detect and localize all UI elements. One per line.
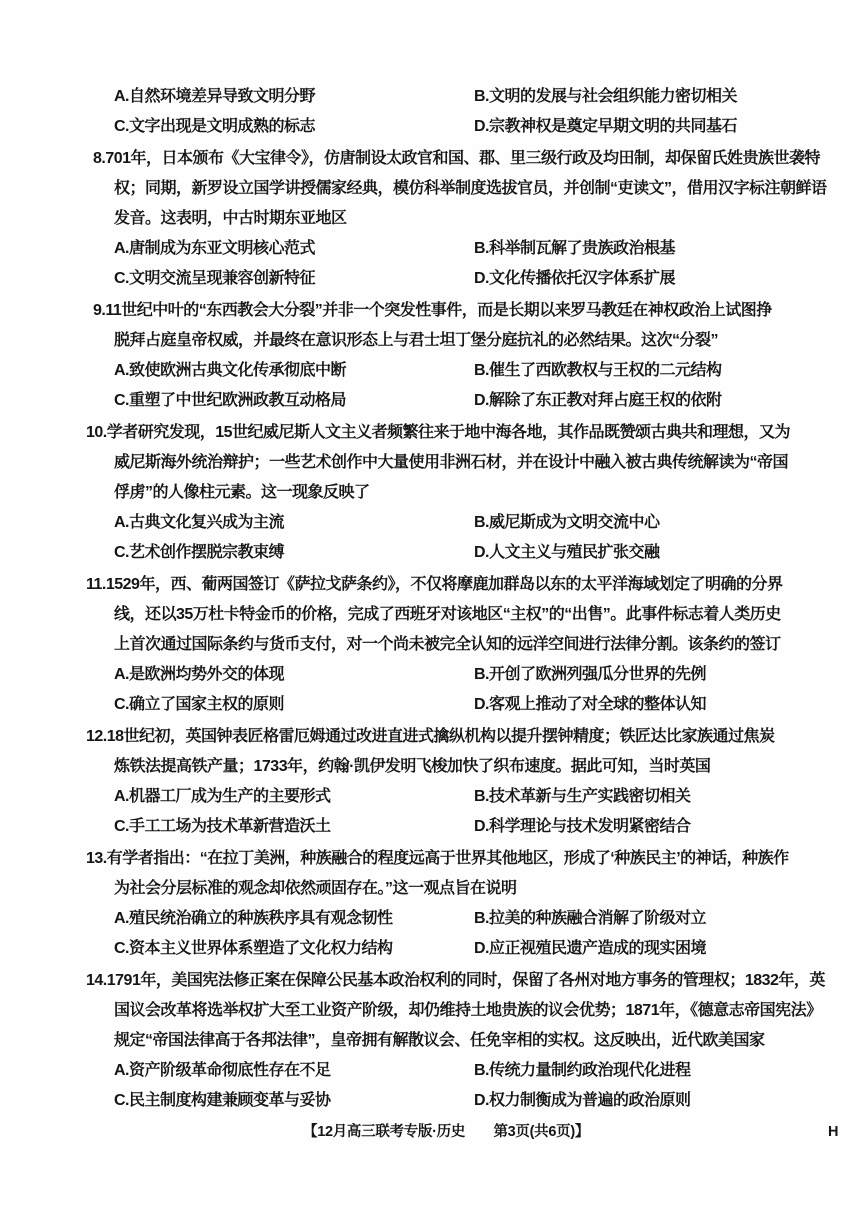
options-row: A.机器工厂成为生产的主要形式 B.技术革新与生产实践密切相关 [86,782,868,812]
stem-line: 炼铁法提高铁产量；1733年，约翰·凯伊发明飞梭加快了织布速度。据此可知，当时英… [86,752,868,782]
stem-line: 线，还以35万杜卡特金币的价格，完成了西班牙对该地区“主权”的“出售”。此事件标… [86,600,868,630]
option-a: A.自然环境差异导致文明分野 [114,82,470,112]
option-b: B.催生了西欧教权与王权的二元结构 [474,356,722,386]
stem-line: 权；同期，新罗设立国学讲授儒家经典，模仿科举制度选拔官员，并创制“吏读文”，借用… [86,174,868,204]
question-12: 12.18世纪初，英国钟表匠格雷厄姆通过改进直进式擒纵机构以提升摆钟精度；铁匠达… [86,722,868,842]
option-c: C.资本主义世界体系塑造了文化权力结构 [114,934,470,964]
option-c: C.重塑了中世纪欧洲政教互动格局 [114,386,470,416]
options-row: A.致使欧洲古典文化传承彻底中断 B.催生了西欧教权与王权的二元结构 [86,356,868,386]
option-a: A.机器工厂成为生产的主要形式 [114,782,470,812]
exam-content: A.自然环境差异导致文明分野 B.文明的发展与社会组织能力密切相关 C.文字出现… [0,0,868,1116]
stem-line: 俘虏”的人像柱元素。这一现象反映了 [86,478,868,508]
question-14: 14.1791年，美国宪法修正案在保障公民基本政治权利的同时，保留了各州对地方事… [86,966,868,1116]
options-row: A.资产阶级革命彻底性存在不足 B.传统力量制约政治现代化进程 [86,1056,868,1086]
option-b: B.科举制瓦解了贵族政治根基 [474,234,675,264]
option-d: D.客观上推动了对全球的整体认知 [474,690,706,720]
stem-line: 10.学者研究发现，15世纪威尼斯人文主义者频繁往来于地中海各地，其作品既赞颂古… [86,418,868,448]
option-a: A.古典文化复兴成为主流 [114,508,470,538]
option-d: D.人文主义与殖民扩张交融 [474,538,660,568]
stem-line: 13.有学者指出：“在拉丁美洲，种族融合的程度远高于世界其他地区，形成了‘种族民… [86,844,868,874]
option-c: C.确立了国家主权的原则 [114,690,470,720]
option-b: B.威尼斯成为文明交流中心 [474,508,660,538]
option-a: A.资产阶级革命彻底性存在不足 [114,1056,470,1086]
options-row: C.民主制度构建兼顾变革与妥协 D.权力制衡成为普遍的政治原则 [86,1086,868,1116]
stem-line: 威尼斯海外统治辩护；一些艺术创作中大量使用非洲石材，并在设计中融入被古典传统解读… [86,448,868,478]
options-row: C.艺术创作摆脱宗教束缚 D.人文主义与殖民扩张交融 [86,538,868,568]
option-d: D.文化传播依托汉字体系扩展 [474,264,675,294]
options-row: C.文明交流呈现兼容创新特征 D.文化传播依托汉字体系扩展 [86,264,868,294]
option-c: C.民主制度构建兼顾变革与妥协 [114,1086,470,1116]
option-d: D.权力制衡成为普遍的政治原则 [474,1086,691,1116]
options-row: A.古典文化复兴成为主流 B.威尼斯成为文明交流中心 [86,508,868,538]
question-11: 11.1529年，西、葡两国签订《萨拉戈萨条约》，不仅将摩鹿加群岛以东的太平洋海… [86,570,868,720]
options-row: A.自然环境差异导致文明分野 B.文明的发展与社会组织能力密切相关 [86,82,868,112]
stem-line: 12.18世纪初，英国钟表匠格雷厄姆通过改进直进式擒纵机构以提升摆钟精度；铁匠达… [86,722,868,752]
stem-line: 8.701年，日本颁布《大宝律令》，仿唐制设太政官和国、郡、里三级行政及均田制，… [86,144,868,174]
option-a: A.唐制成为东亚文明核心范式 [114,234,470,264]
option-c: C.手工工场为技术革新营造沃土 [114,812,470,842]
question-10: 10.学者研究发现，15世纪威尼斯人文主义者频繁往来于地中海各地，其作品既赞颂古… [86,418,868,568]
options-row: C.资本主义世界体系塑造了文化权力结构 D.应正视殖民遗产造成的现实困境 [86,934,868,964]
stem-line: 脱拜占庭皇帝权威，并最终在意识形态上与君士坦丁堡分庭抗礼的必然结果。这次“分裂” [86,326,868,356]
options-row: C.重塑了中世纪欧洲政教互动格局 D.解除了东正教对拜占庭王权的依附 [86,386,868,416]
option-a: A.殖民统治确立的种族秩序具有观念韧性 [114,904,470,934]
options-row: C.确立了国家主权的原则 D.客观上推动了对全球的整体认知 [86,690,868,720]
footer-page-label: 【12月高三联考专版·历史 第3页(共6页)】 [303,1119,589,1145]
option-d: D.解除了东正教对拜占庭王权的依附 [474,386,722,416]
option-b: B.拉美的种族融合消解了阶级对立 [474,904,706,934]
stem-line: 9.11世纪中叶的“东西教会大分裂”并非一个突发性事件，而是长期以来罗马教廷在神… [86,296,868,326]
option-d: D.科学理论与技术发明紧密结合 [474,812,691,842]
option-b: B.技术革新与生产实践密切相关 [474,782,691,812]
stem-line: 发音。这表明，中古时期东亚地区 [86,204,868,234]
question-13: 13.有学者指出：“在拉丁美洲，种族融合的程度远高于世界其他地区，形成了‘种族民… [86,844,868,964]
question-9: 9.11世纪中叶的“东西教会大分裂”并非一个突发性事件，而是长期以来罗马教廷在神… [86,296,868,416]
option-d: D.应正视殖民遗产造成的现实困境 [474,934,706,964]
option-c: C.文明交流呈现兼容创新特征 [114,264,470,294]
stem-line: 11.1529年，西、葡两国签订《萨拉戈萨条约》，不仅将摩鹿加群岛以东的太平洋海… [86,570,868,600]
exam-page: A.自然环境差异导致文明分野 B.文明的发展与社会组织能力密切相关 C.文字出现… [0,0,868,1227]
option-a: A.致使欧洲古典文化传承彻底中断 [114,356,470,386]
option-b: B.开创了欧洲列强瓜分世界的先例 [474,660,706,690]
options-row: A.殖民统治确立的种族秩序具有观念韧性 B.拉美的种族融合消解了阶级对立 [86,904,868,934]
option-c: C.艺术创作摆脱宗教束缚 [114,538,470,568]
stem-line: 上首次通过国际条约与货币支付，对一个尚未被完全认知的远洋空间进行法律分割。该条约… [86,630,868,660]
stem-line: 国议会改革将选举权扩大至工业资产阶级，却仍维持土地贵族的议会优势；1871年，《… [86,996,868,1026]
stem-line: 规定“帝国法律高于各邦法律”，皇帝拥有解散议会、任免宰相的实权。这反映出，近代欧… [86,1026,868,1056]
carryover-options: A.自然环境差异导致文明分野 B.文明的发展与社会组织能力密切相关 C.文字出现… [86,82,868,142]
options-row: A.是欧洲均势外交的体现 B.开创了欧洲列强瓜分世界的先例 [86,660,868,690]
options-row: C.文字出现是文明成熟的标志 D.宗教神权是奠定早期文明的共同基石 [86,112,868,142]
question-8: 8.701年，日本颁布《大宝律令》，仿唐制设太政官和国、郡、里三级行政及均田制，… [86,144,868,294]
stem-line: 为社会分层标准的观念却依然顽固存在。”这一观点旨在说明 [86,874,868,904]
option-a: A.是欧洲均势外交的体现 [114,660,470,690]
option-c: C.文字出现是文明成熟的标志 [114,112,470,142]
footer-mark: H [828,1119,838,1145]
page-footer: 【12月高三联考专版·历史 第3页(共6页)】 H [0,1119,868,1145]
option-b: B.传统力量制约政治现代化进程 [474,1056,691,1086]
options-row: C.手工工场为技术革新营造沃土 D.科学理论与技术发明紧密结合 [86,812,868,842]
option-d: D.宗教神权是奠定早期文明的共同基石 [474,112,737,142]
stem-line: 14.1791年，美国宪法修正案在保障公民基本政治权利的同时，保留了各州对地方事… [86,966,868,996]
option-b: B.文明的发展与社会组织能力密切相关 [474,82,737,112]
options-row: A.唐制成为东亚文明核心范式 B.科举制瓦解了贵族政治根基 [86,234,868,264]
